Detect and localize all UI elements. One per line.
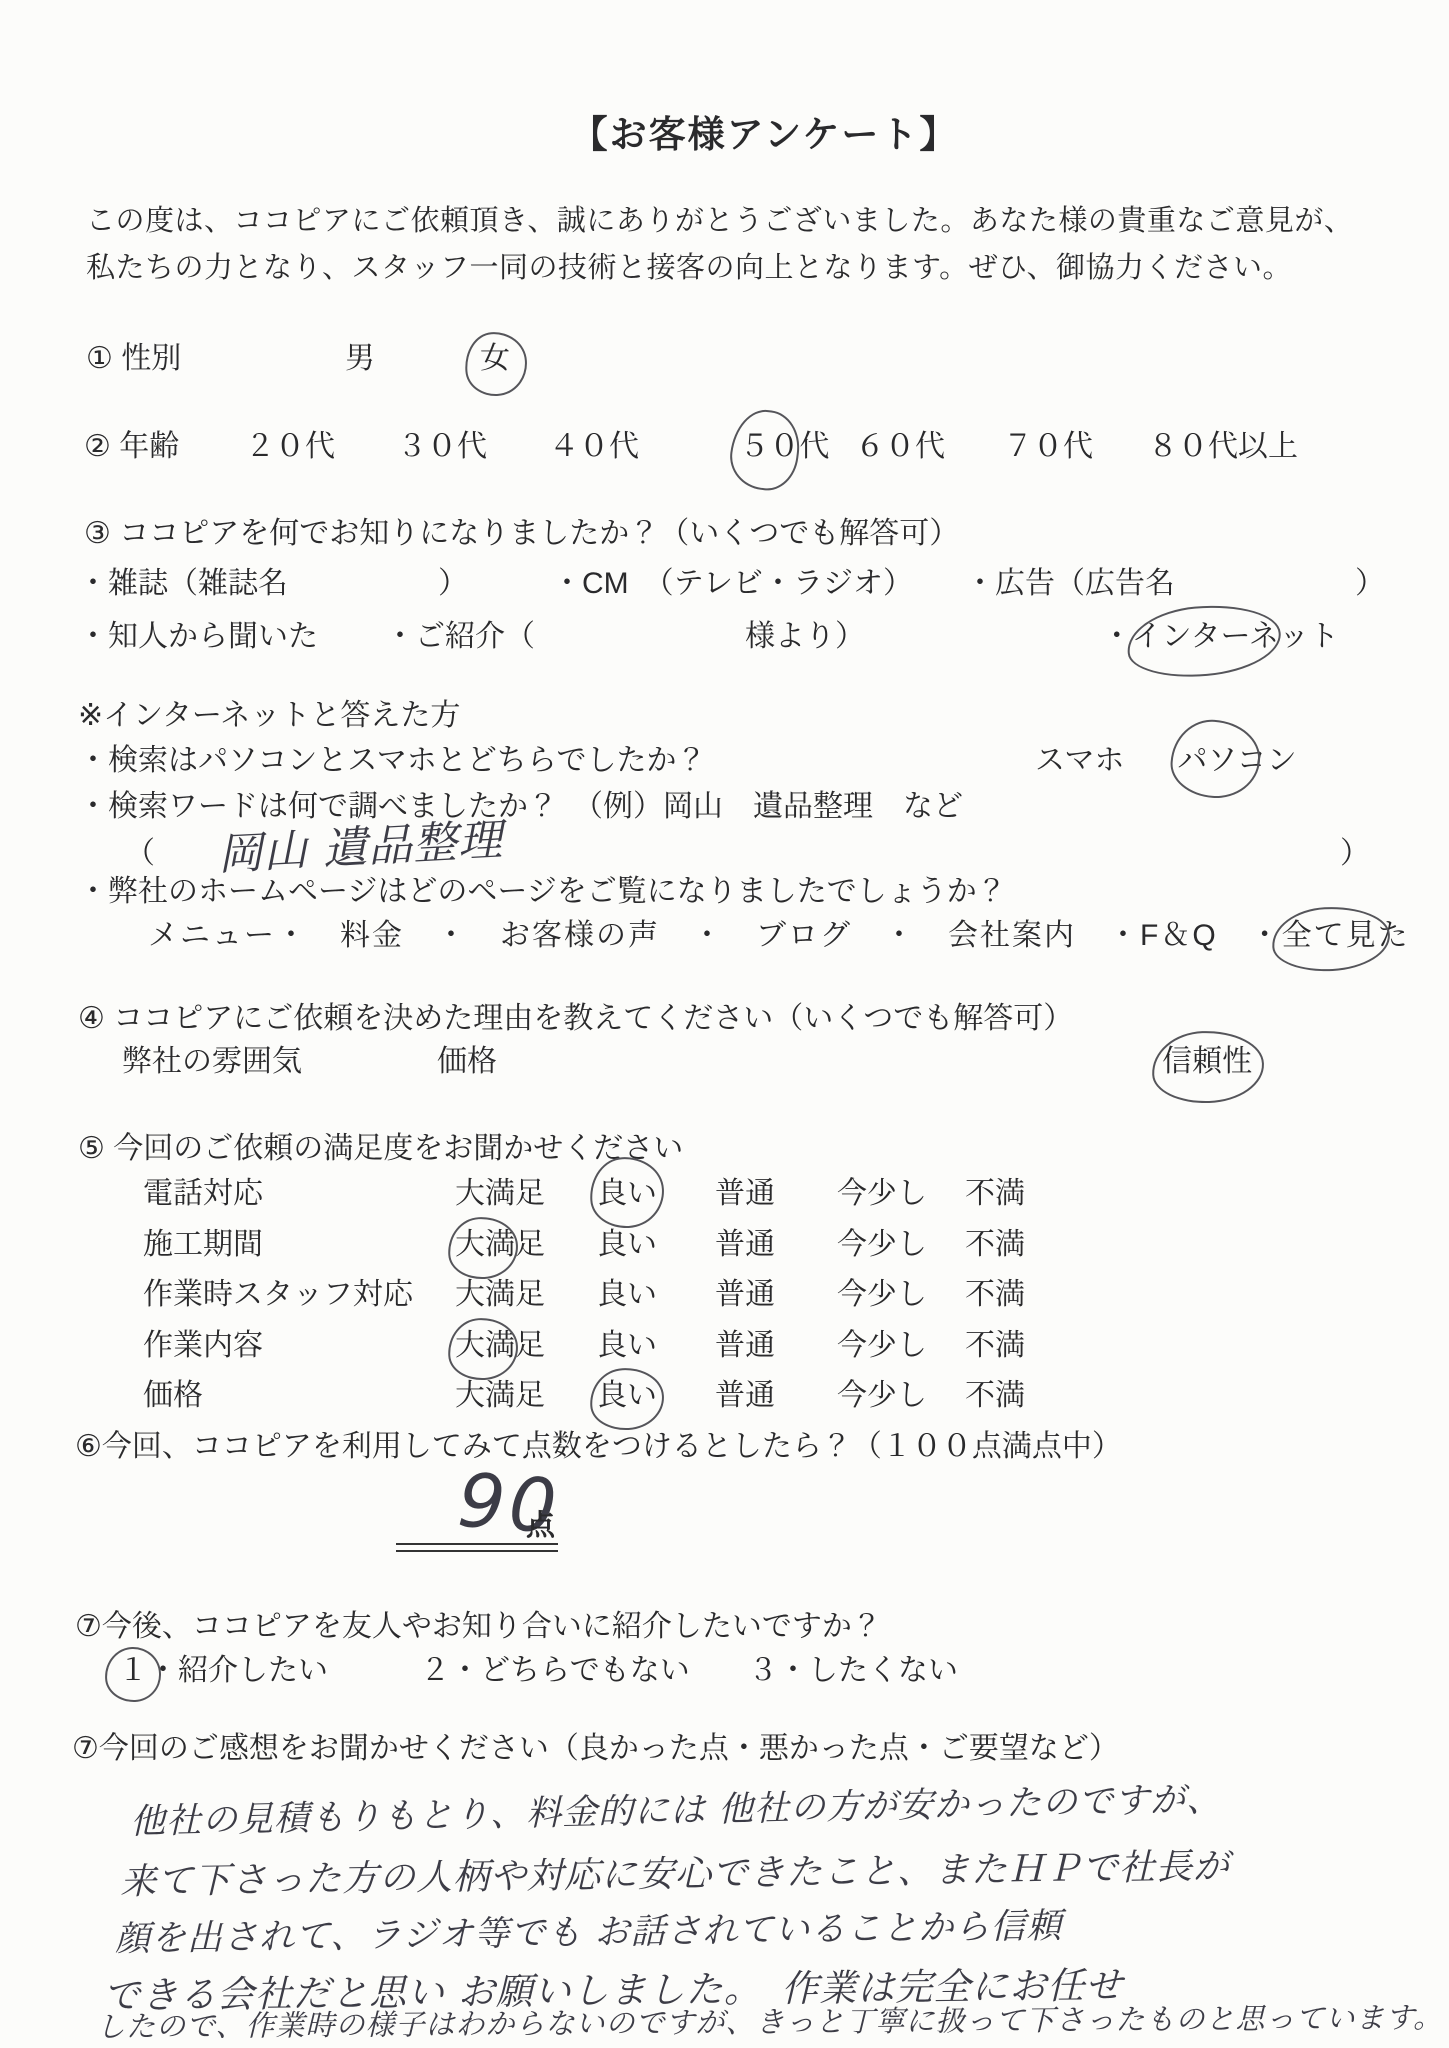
q1-option-male: 男: [345, 340, 375, 378]
q5-r1-yoi: 良い: [597, 1226, 715, 1264]
q1-option-female-circled: 女: [480, 340, 510, 378]
q5-r0-yoi-circled: 良い: [597, 1175, 657, 1213]
q7-option-1: １・紹介したい: [118, 1652, 328, 1690]
q2-label: ② 年齢: [84, 428, 179, 466]
q3b-keyword-open-paren: （: [125, 835, 155, 873]
q5-r3-futsuu: 普通: [715, 1327, 837, 1365]
q8-handwritten-line-3: 顔を出されて、ラジオ等でも お話されていることから信頼: [115, 1905, 1063, 1962]
q7-option-3-num: ３: [748, 1654, 778, 1687]
q5-r2-yoi: 良い: [597, 1276, 715, 1314]
q5-r2-daimanzoku: 大満足: [455, 1276, 597, 1314]
q2-option-60s: ６０代: [855, 428, 945, 466]
q3-option-ad: ・広告（広告名 ）: [965, 565, 1385, 603]
q3b-hp-option-all-circled: 全て見た: [1282, 917, 1410, 955]
q2-option-80s: ８０代以上: [1148, 428, 1298, 466]
q5-r0-imasukoshi: 今少し: [837, 1175, 965, 1213]
q5-r3-fuman: 不満: [965, 1327, 1025, 1365]
q2-option-50s-circled: ５０代: [739, 428, 829, 466]
q3-option-cm: ・CM （テレビ・ラジオ）: [552, 565, 913, 603]
q5-satisfaction-table: 電話対応 大満足 良い 普通 今少し 不満 施工期間 大満足 良い 普通 今少し…: [143, 1175, 1025, 1415]
q5-r0-futsuu: 普通: [715, 1175, 837, 1213]
q6-score-underline: [396, 1543, 558, 1552]
survey-scan-page: 【お客様アンケート】 この度は、ココピアにご依頼頂き、誠にありがとうございました…: [0, 0, 1449, 2048]
q7-heading: ⑦今後、ココピアを友人やお知り合いに紹介したいですか？: [75, 1608, 882, 1646]
q3b-hp-question: ・弊社のホームページはどのページをご覧になりましたでしょうか？: [78, 873, 1007, 911]
q5-r2-fuman: 不満: [965, 1276, 1025, 1314]
q5-r4-fuman: 不満: [965, 1377, 1025, 1415]
q3b-device-question: ・検索はパソコンとスマホとどちらでしたか？: [78, 742, 707, 780]
q4-option-price: 価格: [437, 1043, 497, 1081]
q4-option-trust-circled: 信頼性: [1162, 1043, 1252, 1081]
q5-row-4-label: 価格: [143, 1377, 455, 1415]
q5-r0-fuman: 不満: [965, 1175, 1025, 1213]
q5-r4-imasukoshi: 今少し: [837, 1377, 965, 1415]
q3b-keyword-question: ・検索ワードは何で調べましたか？ （例）岡山 遺品整理 など: [78, 788, 963, 826]
q7-option-3-label: ・したくない: [778, 1654, 958, 1687]
q5-r2-imasukoshi: 今少し: [837, 1276, 965, 1314]
q5-r4-yoi-circled: 良い: [597, 1377, 657, 1415]
q3b-keyword-close-paren: ）: [1340, 835, 1370, 873]
q3-option-internet-circled: ・インターネット: [1102, 618, 1339, 656]
q7-option-2-label: ・どちらでもない: [450, 1654, 690, 1687]
q5-r1-fuman: 不満: [965, 1226, 1025, 1264]
q5-r3-daimanzoku-circled: 大満足: [455, 1327, 545, 1365]
q3-option-acquaintance: ・知人から聞いた: [78, 618, 318, 656]
q5-r2-futsuu: 普通: [715, 1276, 837, 1314]
q5-r4-daimanzoku: 大満足: [455, 1377, 597, 1415]
q5-heading: ⑤ 今回のご依頼の満足度をお聞かせください: [78, 1130, 683, 1168]
q5-row-0-label: 電話対応: [143, 1175, 455, 1213]
survey-title: 【お客様アンケート】: [0, 112, 1449, 158]
q7-option-1-label: ・紹介したい: [148, 1654, 328, 1687]
q4-heading: ④ ココピアにご依頼を決めた理由を教えてください（いくつでも解答可）: [78, 1000, 1073, 1038]
q5-r1-daimanzoku-circled: 大満足: [455, 1226, 545, 1264]
q3b-hp-options: メニュー・ 料金 ・ お客様の声 ・ ブログ ・ 会社案内 ・F＆Q ・全て見た: [148, 917, 1410, 955]
q7-option-1-num-circled: １: [118, 1652, 148, 1690]
q5-row-1-label: 施工期間: [143, 1226, 455, 1264]
q5-r1-futsuu: 普通: [715, 1226, 837, 1264]
q8-heading: ⑦今回のご感想をお聞かせください（良かった点・悪かった点・ご要望など）: [72, 1730, 1119, 1768]
q6-unit: 点: [526, 1508, 555, 1544]
q3-option-referral: ・ご紹介（ 様より）: [385, 618, 865, 656]
intro-text: この度は、ココピアにご依頼頂き、誠にありがとうございました。あなた様の貴重なご意…: [86, 198, 1353, 292]
q5-row-3-label: 作業内容: [143, 1327, 455, 1365]
q5-r3-yoi: 良い: [597, 1327, 715, 1365]
q3b-option-pc-circled: パソコン: [1177, 742, 1296, 780]
q5-r4-futsuu: 普通: [715, 1377, 837, 1415]
q7-option-2: ２・どちらでもない: [420, 1652, 690, 1690]
q5-r0-daimanzoku: 大満足: [455, 1175, 597, 1213]
q5-r1-imasukoshi: 今少し: [837, 1226, 965, 1264]
q3-option-magazine: ・雑誌（雑誌名 ）: [78, 565, 468, 603]
q8-handwritten-line-1: 他社の見積もりもとり、料金的には 他社の方が安かったのですが、: [130, 1779, 1223, 1846]
q2-option-70s: ７０代: [1003, 428, 1093, 466]
q5-r3-imasukoshi: 今少し: [837, 1327, 965, 1365]
q2-option-20s: ２０代: [245, 428, 335, 466]
intro-line-2: 私たちの力となり、スタッフ一同の技術と接客の向上となります。ぜひ、御協力ください…: [86, 245, 1353, 292]
q8-handwritten-line-2: 来て下さった方の人柄や対応に安心できたこと、またＨＰで社長が: [120, 1844, 1231, 1904]
q1-label: ① 性別: [86, 340, 181, 378]
q3-heading: ③ ココピアを何でお知りになりましたか？（いくつでも解答可）: [84, 515, 959, 553]
q5-row-2-label: 作業時スタッフ対応: [143, 1276, 455, 1314]
q3b-option-smartphone: スマホ: [1035, 742, 1124, 780]
q7-option-3: ３・したくない: [748, 1652, 958, 1690]
intro-line-1: この度は、ココピアにご依頼頂き、誠にありがとうございました。あなた様の貴重なご意…: [86, 198, 1353, 245]
q2-option-30s: ３０代: [397, 428, 487, 466]
q3b-heading: ※インターネットと答えた方: [78, 697, 460, 735]
q6-heading: ⑥今回、ココピアを利用してみて点数をつけるとしたら？（１００点満点中）: [75, 1428, 1122, 1466]
q4-option-atmosphere: 弊社の雰囲気: [122, 1043, 302, 1081]
q7-option-2-num: ２: [420, 1654, 450, 1687]
q3b-hp-options-prefix: メニュー・ 料金 ・ お客様の声 ・ ブログ ・ 会社案内 ・F＆Q ・: [148, 919, 1282, 952]
q2-option-40s: ４０代: [549, 428, 639, 466]
